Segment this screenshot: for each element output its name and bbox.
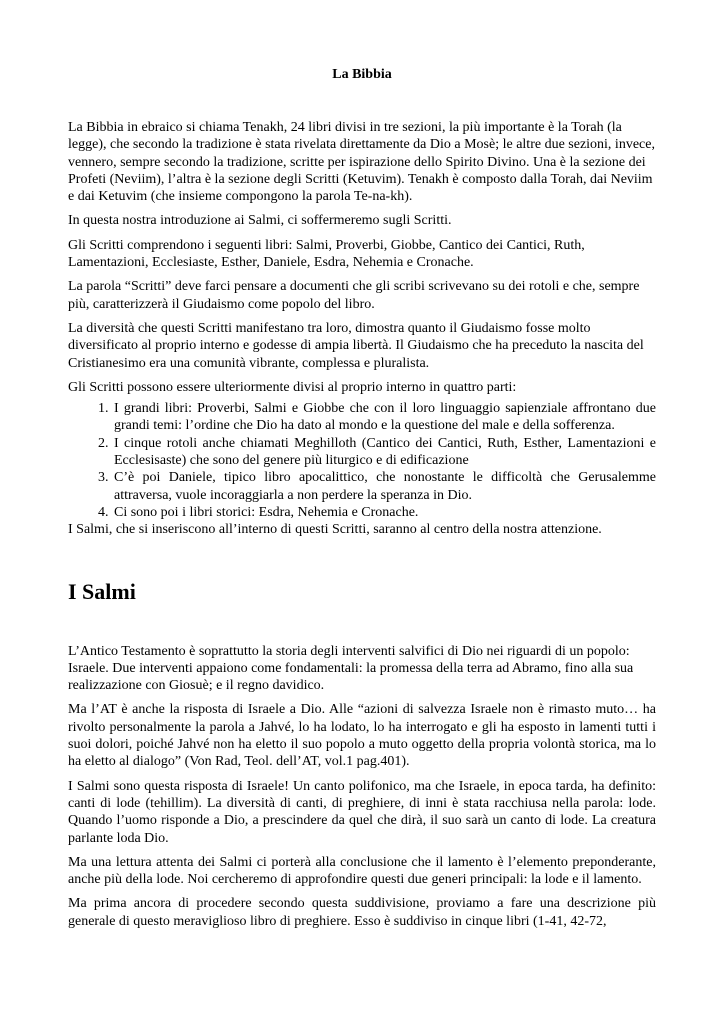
section-paragraph-4: Ma una lettura attenta dei Salmi ci port… xyxy=(68,854,656,889)
section-paragraph-2: Ma l’AT è anche la risposta di Israele a… xyxy=(68,701,656,770)
document-page: La Bibbia La Bibbia in ebraico si chiama… xyxy=(0,0,724,1024)
intro-paragraph-5: La diversità che questi Scritti manifest… xyxy=(68,320,656,372)
section-paragraph-5: Ma prima ancora di procedere secondo que… xyxy=(68,895,656,930)
intro-paragraph-3: Gli Scritti comprendono i seguenti libri… xyxy=(68,237,656,272)
section-paragraph-3: I Salmi sono questa risposta di Israele!… xyxy=(68,778,656,847)
intro-paragraph-4: La parola “Scritti” deve farci pensare a… xyxy=(68,278,656,313)
section-heading: I Salmi xyxy=(68,579,656,605)
scritti-parts-list: I grandi libri: Proverbi, Salmi e Giobbe… xyxy=(68,400,656,521)
list-item: Ci sono poi i libri storici: Esdra, Nehe… xyxy=(112,504,656,521)
section-paragraph-1: L’Antico Testamento è soprattutto la sto… xyxy=(68,643,656,695)
list-item: I grandi libri: Proverbi, Salmi e Giobbe… xyxy=(112,400,656,435)
list-item: I cinque rotoli anche chiamati Meghillot… xyxy=(112,435,656,470)
document-title: La Bibbia xyxy=(68,66,656,83)
intro-paragraph-2: In questa nostra introduzione ai Salmi, … xyxy=(68,212,656,229)
section-body: L’Antico Testamento è soprattutto la sto… xyxy=(68,643,656,930)
list-item: C’è poi Daniele, tipico libro apocalitti… xyxy=(112,469,656,504)
intro-paragraph-1: La Bibbia in ebraico si chiama Tenakh, 2… xyxy=(68,119,656,205)
intro-paragraph-6: Gli Scritti possono essere ulteriormente… xyxy=(68,379,656,396)
after-list-paragraph: I Salmi, che si inseriscono all’interno … xyxy=(68,521,656,538)
